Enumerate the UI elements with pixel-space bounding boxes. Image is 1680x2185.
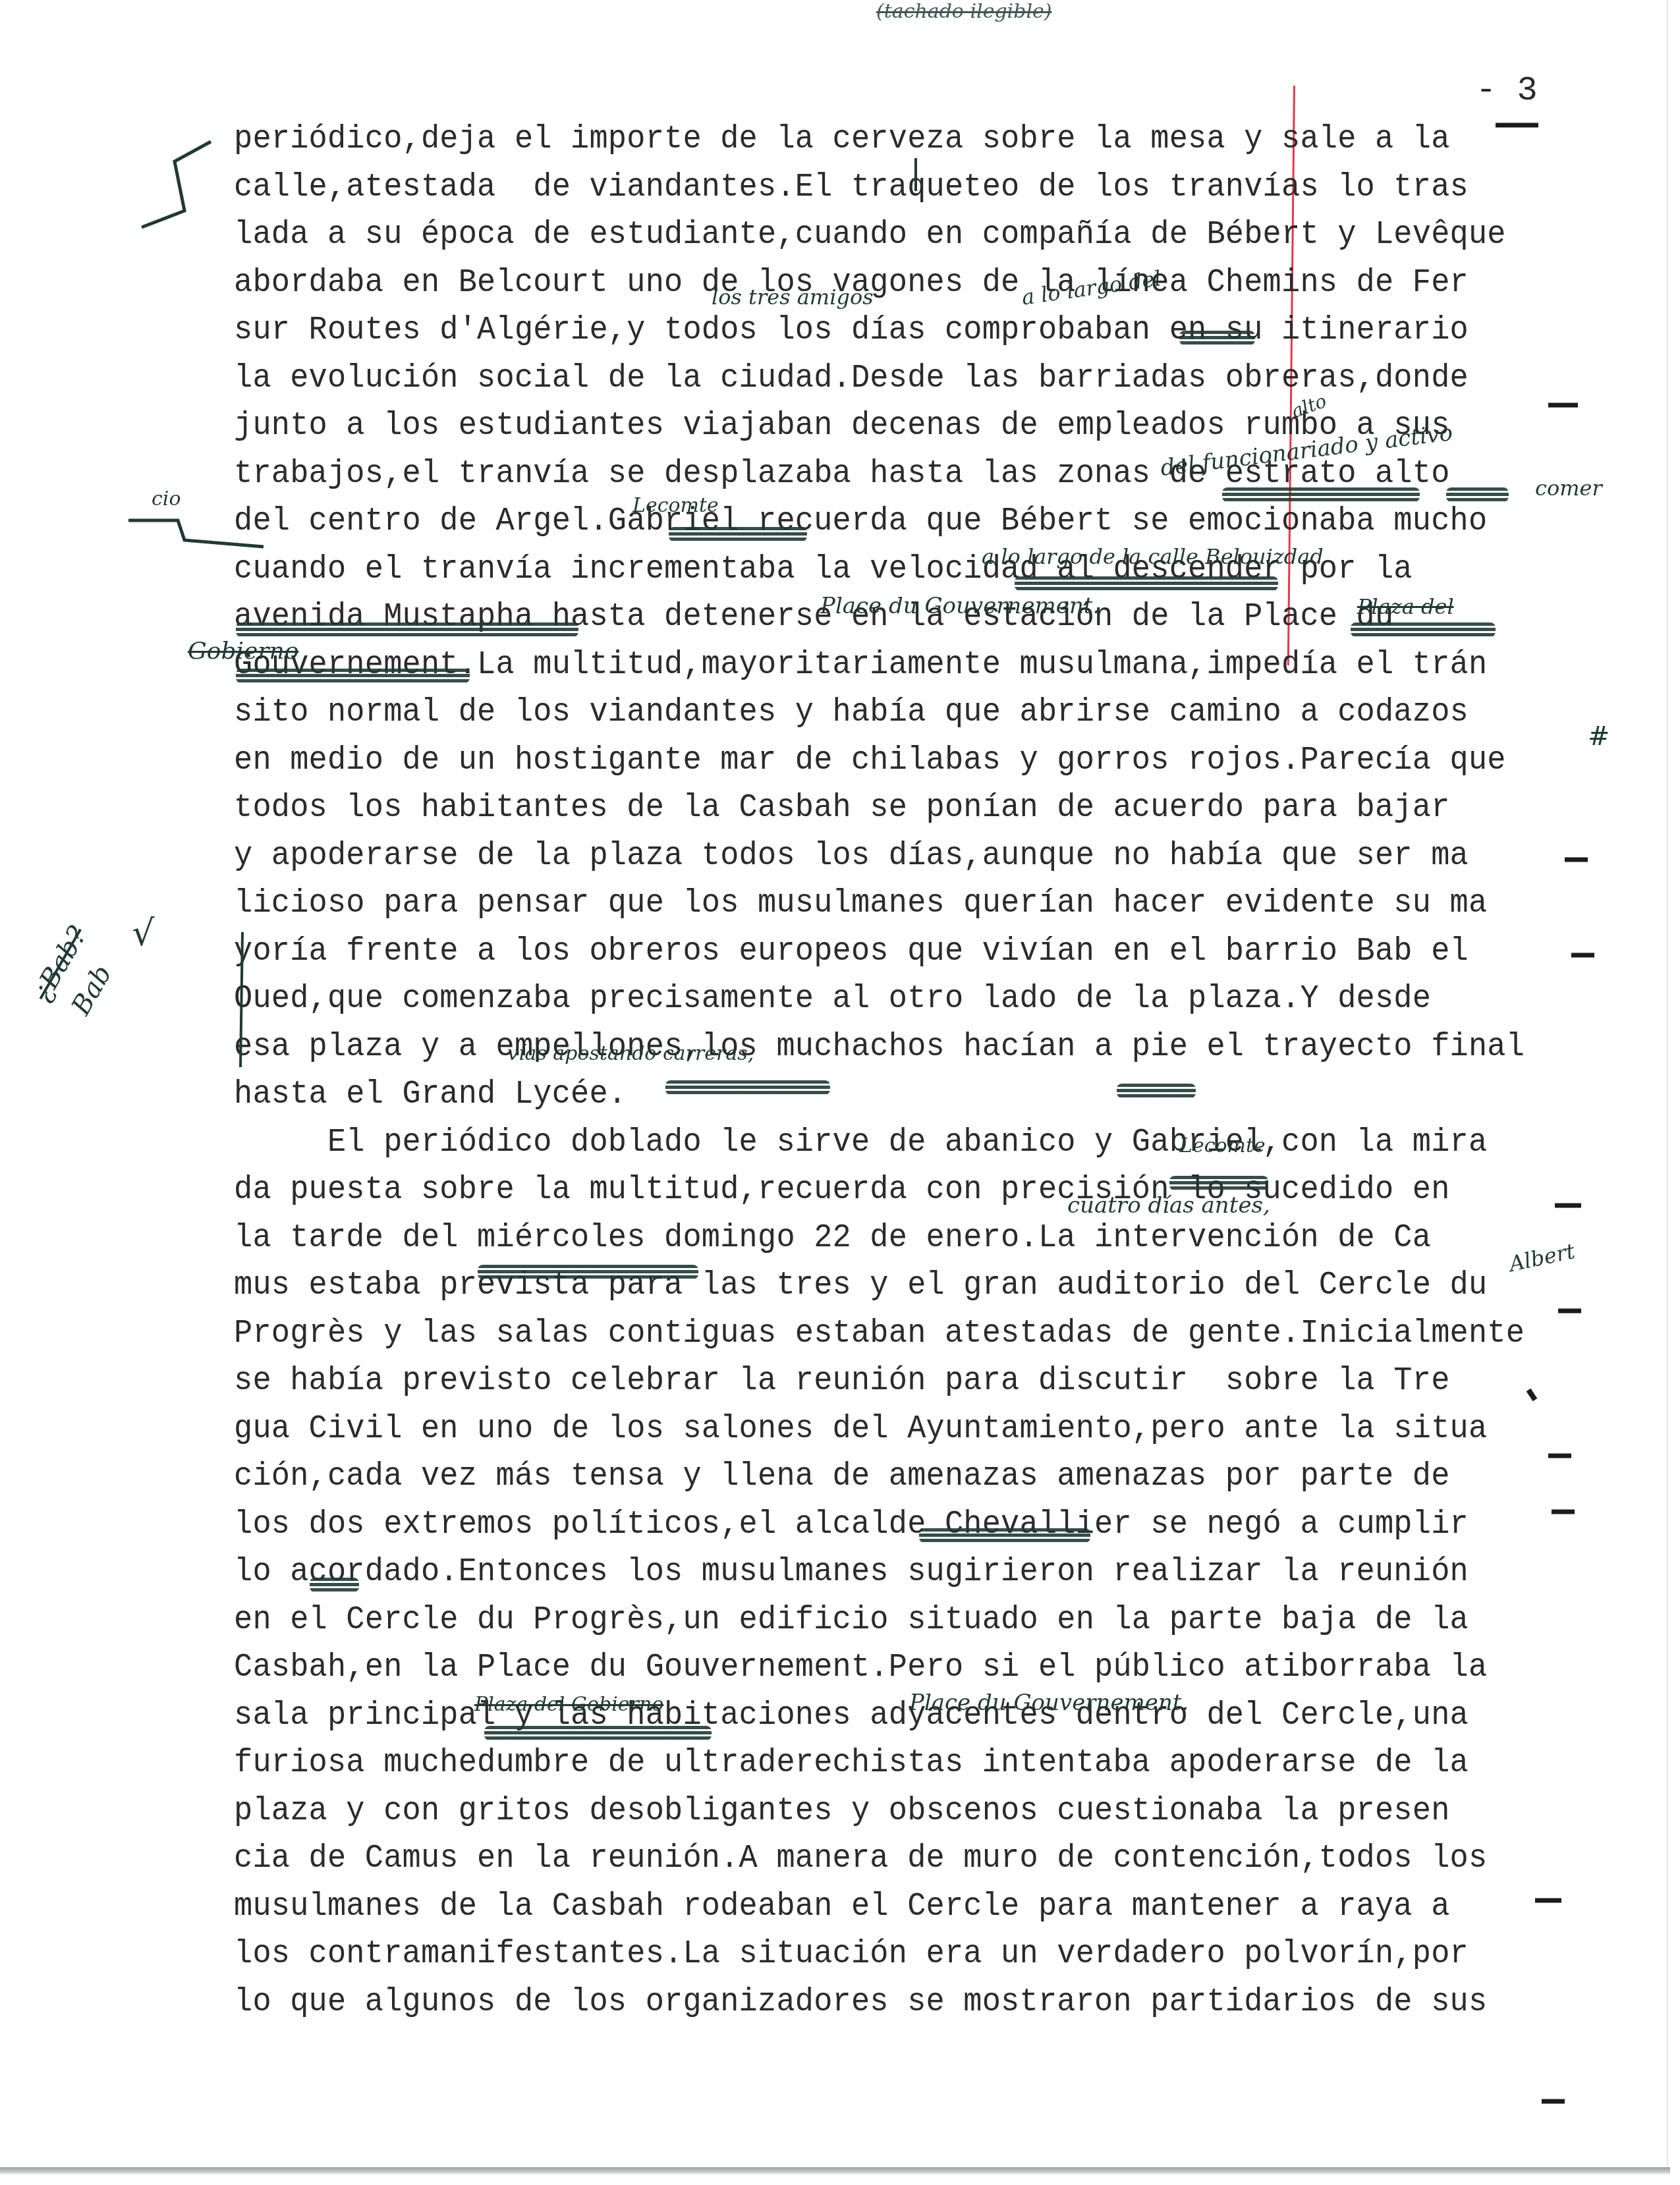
typed-line: Casbah,en la Place du Gouvernement.Pero … <box>234 1649 1487 1686</box>
scan-edge-shadow <box>0 2167 1670 2175</box>
strikeout <box>1351 622 1496 637</box>
typed-line: calle,atestada de viandantes.El traquete… <box>234 169 1469 206</box>
typed-line: todos los habitantes de la Casbah se pon… <box>234 789 1450 827</box>
strikeout <box>665 1080 830 1095</box>
typed-line: en el Cercle du Progrès,un edificio situ… <box>234 1601 1469 1639</box>
typed-line: lada a su época de estudiante,cuando en … <box>234 216 1506 254</box>
strikeout <box>310 1578 359 1592</box>
annotation-lecomte-2: Lecomte <box>1179 1134 1266 1157</box>
strikeout <box>919 1528 1090 1543</box>
typed-line: esa plaza y a empellones,los muchachos h… <box>234 1028 1525 1066</box>
typed-line: gua Civil en uno de los salones del Ayun… <box>234 1410 1487 1448</box>
annotation-plaza-del: Plaza del <box>1357 594 1454 619</box>
strikeout <box>1015 576 1278 591</box>
annotation-calle-belouizdad: a lo largo de la calle Belouizdad <box>982 544 1324 569</box>
typed-line: yoría frente a los obreros europeos que … <box>234 933 1469 970</box>
strikeout <box>1222 487 1420 502</box>
annotation-lecomte-1: Lecomte <box>632 494 719 517</box>
strikeout <box>484 1726 712 1740</box>
annotation-check: √ <box>132 912 154 954</box>
annotation-comer: comer <box>1535 476 1602 501</box>
annotation-place-gouvernement-2: Place du Gouvernement. <box>909 1690 1189 1716</box>
typed-line: furiosa muchedumbre de ultraderechistas … <box>234 1744 1469 1782</box>
page-number: - 3 <box>1476 71 1538 110</box>
strikeout <box>236 669 470 683</box>
annotation-los-tres-amigos: los tres amigos <box>712 285 874 310</box>
typed-line: la tarde del miércoles domingo 22 de ene… <box>234 1219 1431 1257</box>
typed-line: la evolución social de la ciudad.Desde l… <box>234 360 1469 397</box>
typed-line: hasta el Grand Lycée. <box>234 1076 627 1113</box>
strikeout <box>1446 487 1509 502</box>
header-scribble: (tachado ilegible) <box>876 0 1051 23</box>
typed-line: del centro de Argel.Gabriel recuerda que… <box>234 503 1487 540</box>
annotation-place-gouvernement-1: Place du Gouvernement. <box>820 593 1100 619</box>
typed-line: El periódico doblado le sirve de abanico… <box>234 1124 1487 1161</box>
annotation-paragraph-mark: # <box>1588 721 1610 752</box>
typed-line: los contramanifestantes.La situación era… <box>234 1935 1469 1973</box>
annotation-plaza-del-gobierno: Plaza del Gobierno <box>474 1693 663 1716</box>
typed-line: se había previsto celebrar la reunión pa… <box>234 1362 1450 1400</box>
typed-line: lo que algunos de los organizadores se m… <box>234 1983 1487 2021</box>
typed-line: los dos extremos políticos,el alcalde Ch… <box>234 1506 1469 1543</box>
typed-line: sala principal y las habitaciones adyace… <box>234 1697 1469 1734</box>
strikeout <box>236 622 578 637</box>
typed-line: junto a los estudiantes viajaban decenas… <box>234 407 1450 445</box>
typed-line: ción,cada vez más tensa y llena de amena… <box>234 1458 1450 1495</box>
annotation-gobierno: Gobierno <box>188 638 298 665</box>
typed-line: y apoderarse de la plaza todos los días,… <box>234 837 1469 875</box>
strikeout <box>478 1265 698 1279</box>
strikeout <box>1117 1084 1196 1098</box>
typed-line: Progrès y las salas contiguas estaban at… <box>234 1315 1525 1352</box>
typed-line: sur Routes d'Algérie,y todos los días co… <box>234 312 1469 349</box>
strikeout <box>669 527 807 541</box>
annotation-cio: cio <box>152 487 181 511</box>
typed-line: sito normal de los viandantes y había qu… <box>234 694 1469 731</box>
typed-line: Oued,que comenzaba precisamente al otro … <box>234 980 1431 1018</box>
typed-line: licioso para pensar que los musulmanes q… <box>234 885 1487 922</box>
typed-line: lo acordado.Entonces los musulmanes sugi… <box>234 1553 1469 1591</box>
typed-line: cia de Camus en la reunión.A manera de m… <box>234 1840 1487 1877</box>
typed-line: en medio de un hostigante mar de chilaba… <box>234 742 1506 779</box>
typed-line: periódico,deja el importe de la cerveza … <box>234 121 1450 158</box>
annotation-vias-apostando: vías apostando carreras, <box>507 1042 754 1065</box>
typed-line: musulmanes de la Casbah rodeaban el Cerc… <box>234 1888 1450 1925</box>
strikeout <box>1169 1176 1268 1190</box>
typed-line: mus estaba prevista para las tres y el g… <box>234 1267 1487 1304</box>
strikeout <box>1179 331 1255 345</box>
annotation-cuatro-dias: cuatro días antes, <box>1067 1192 1270 1219</box>
typed-line: plaza y con gritos desobligantes y obsce… <box>234 1792 1450 1830</box>
